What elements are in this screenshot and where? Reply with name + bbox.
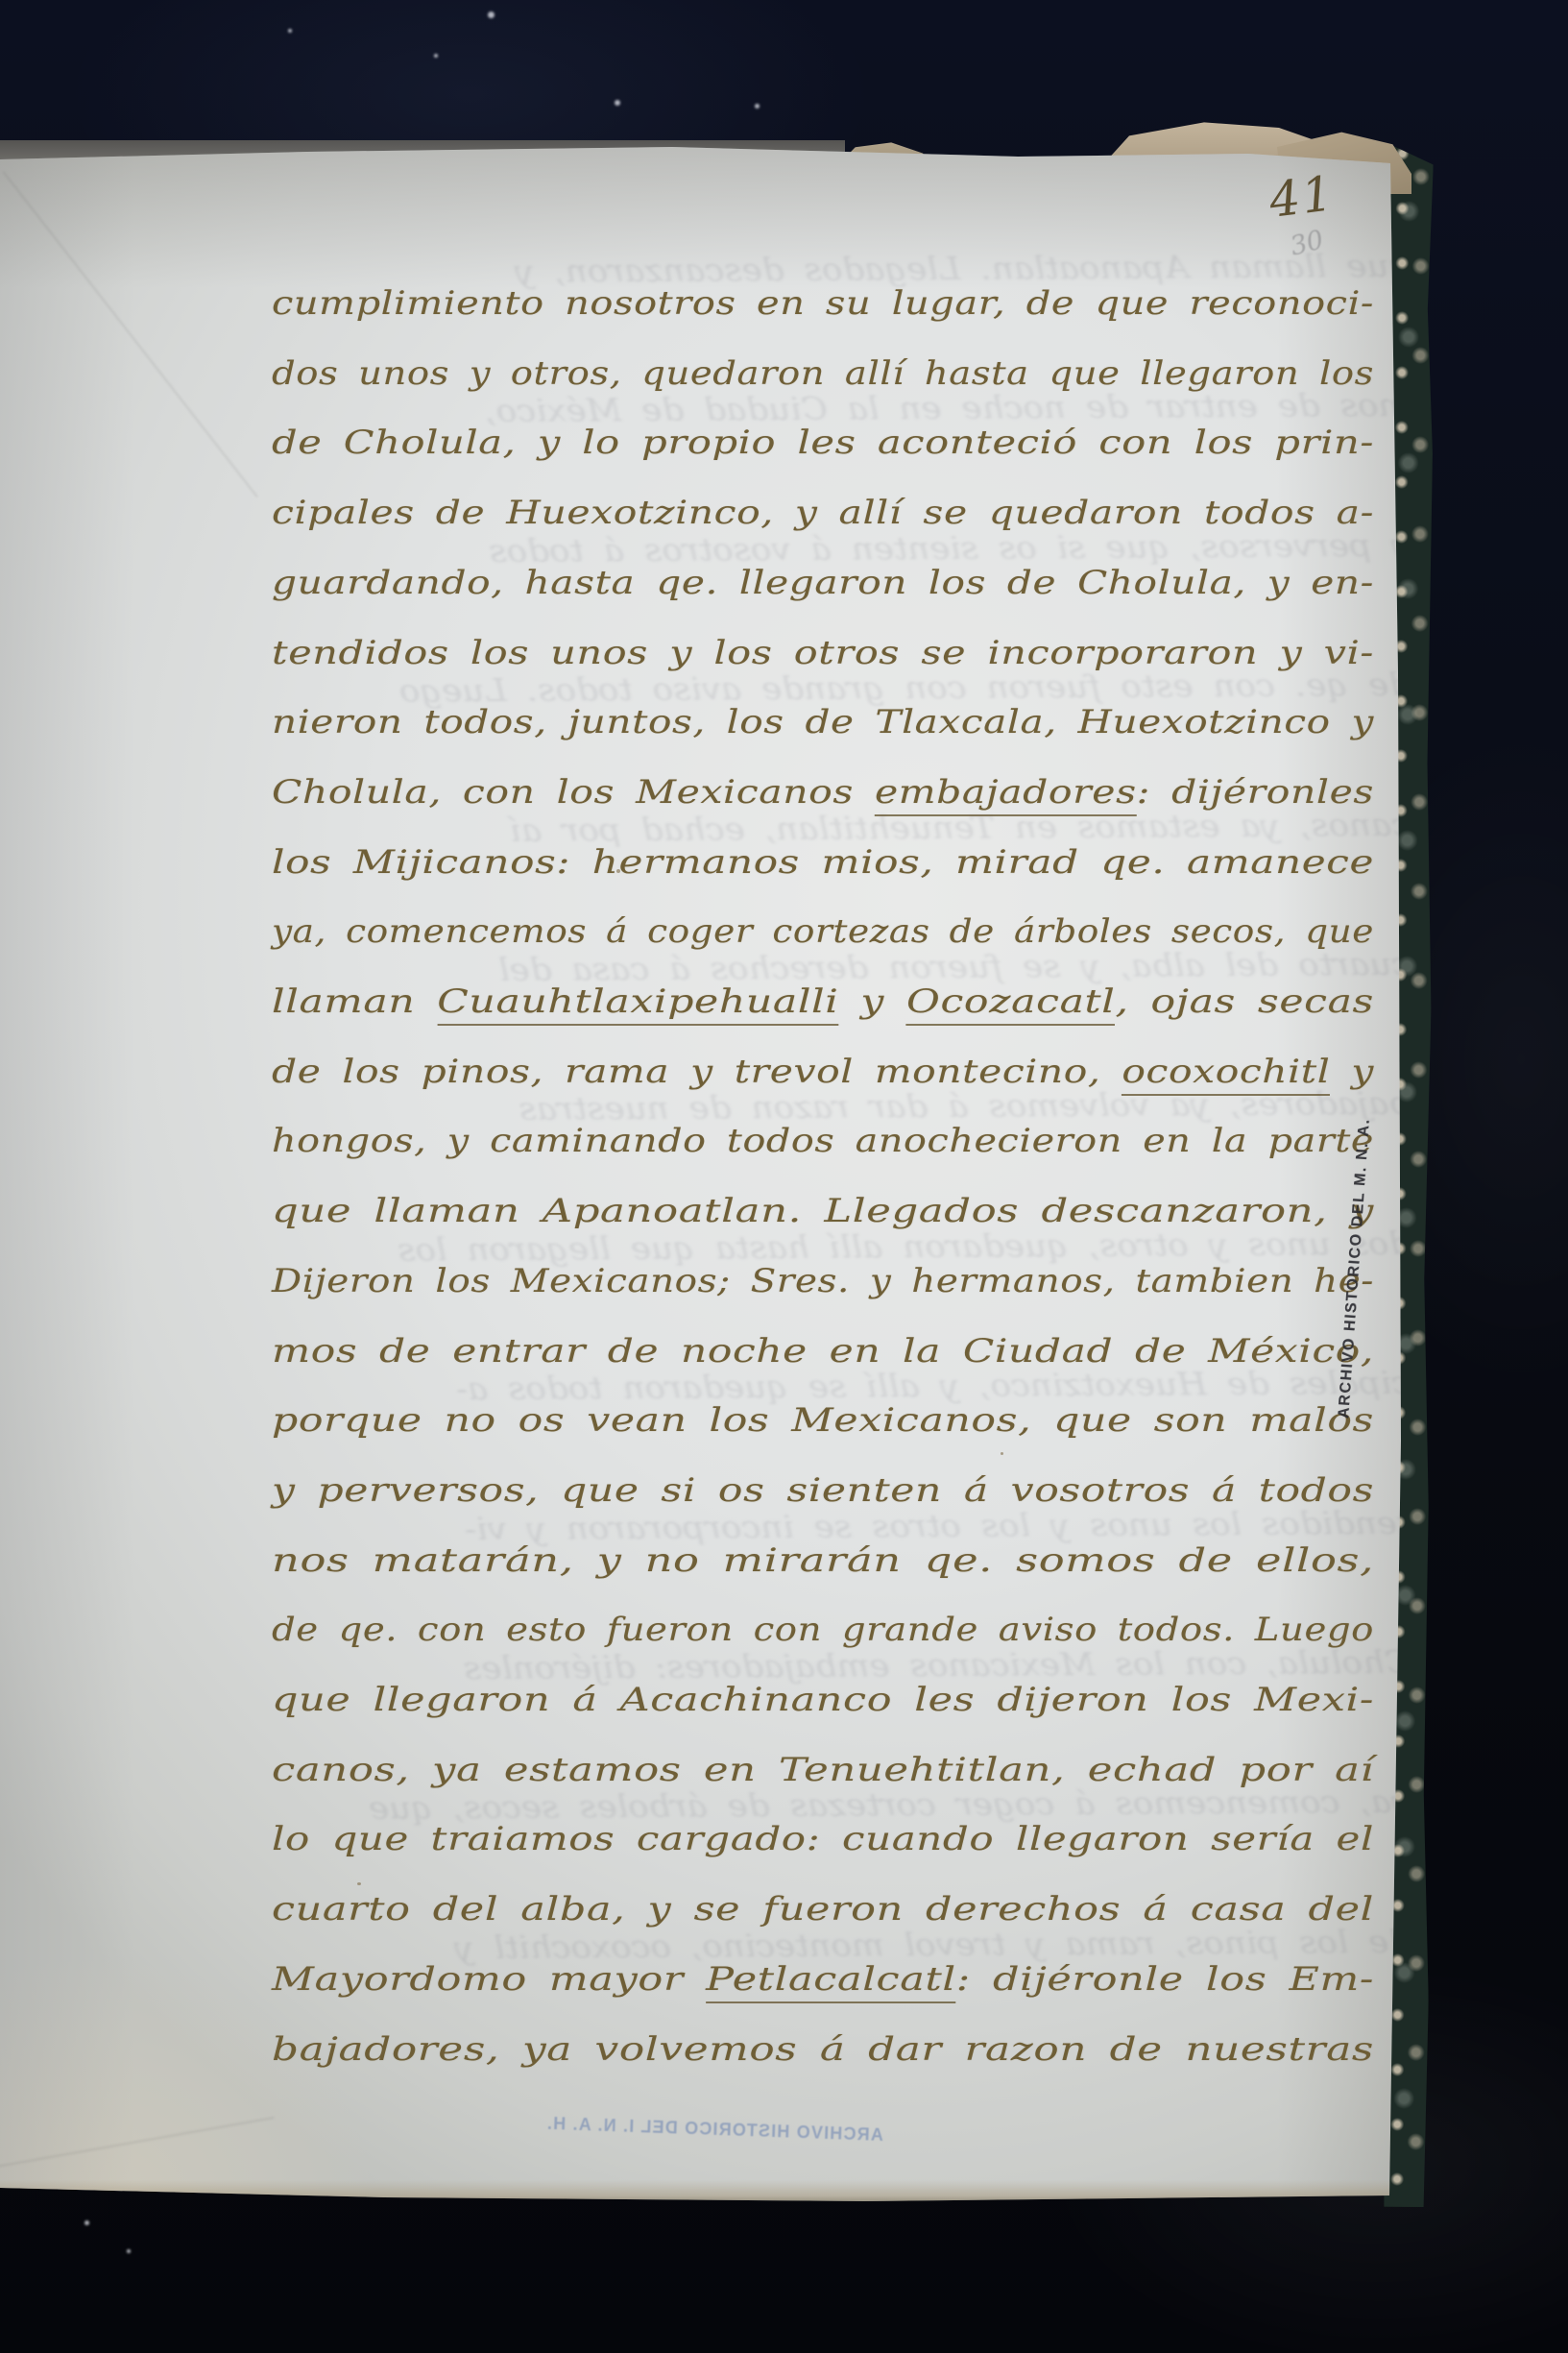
manuscript-line: lo que traiamos cargado: cuando llegaron…	[272, 1820, 1374, 1858]
manuscript-line: cipales de Huexotzinco, y allí se quedar…	[272, 494, 1374, 532]
manuscript-line: canos, ya estamos en Tenuehtitlan, echad…	[272, 1751, 1374, 1789]
manuscript-line: los Mijicanos: hermanos mios, mirad qe. …	[272, 843, 1374, 882]
manuscript-line: de Cholula, y lo propio les aconteció co…	[272, 424, 1374, 462]
manuscript-line: bajadores, ya volvemos á dar razon de nu…	[272, 2030, 1374, 2069]
manuscript-line: tendidos los unos y los otros se incorpo…	[272, 634, 1374, 672]
manuscript-line: guardando, hasta qe. llegaron los de Cho…	[272, 564, 1374, 602]
manuscript-line: porque no os vean los Mexicanos, que son…	[272, 1401, 1374, 1440]
manuscript-line: dos unos y otros, quedaron allí hasta qu…	[272, 354, 1374, 393]
manuscript-line: que llaman Apanoatlan. Llegados descanza…	[272, 1192, 1374, 1230]
page-number: 41	[1266, 165, 1338, 229]
manuscript-text: cumplimiento nosotros en su lugar, de qu…	[272, 0, 1395, 2353]
manuscript-line: mos de entrar de noche en la Ciudad de M…	[272, 1332, 1374, 1371]
manuscript-page: que llaman Apanoatlan. Llegados descanza…	[0, 0, 1568, 2353]
dust-speck	[127, 2249, 131, 2253]
dust-speck	[288, 29, 292, 33]
page-left-shading	[0, 144, 134, 2209]
manuscript-line: cuarto del alba, y se fueron derechos á …	[272, 1890, 1374, 1928]
manuscript-line: Cholula, con los Mexicanos embajadores: …	[272, 773, 1374, 812]
manuscript-line: llaman Cuauhtlaxipehualli y Ocozacatl, o…	[272, 982, 1374, 1021]
manuscript-line: que llegaron á Acachinanco les dijeron l…	[272, 1681, 1374, 1719]
dust-speck	[755, 104, 760, 109]
manuscript-line: de qe. con esto fueron con grande aviso …	[272, 1611, 1374, 1649]
manuscript-line: hongos, y caminando todos anochecieron e…	[272, 1122, 1374, 1160]
manuscript-line: de los pinos, rama y trevol montecino, o…	[272, 1053, 1374, 1091]
dust-speck	[84, 2220, 89, 2225]
manuscript-line: y perversos, que si os sienten á vosotro…	[272, 1471, 1374, 1510]
manuscript-line: Dijeron los Mexicanos; Sres. y hermanos,…	[272, 1262, 1374, 1300]
dust-speck	[488, 12, 495, 18]
manuscript-line: Mayordomo mayor Petlacalcatl: dijéronle …	[272, 1960, 1374, 1999]
manuscript-line: ya, comencemos á coger cortezas de árbol…	[272, 912, 1374, 951]
manuscript-line: nieron todos, juntos, los de Tlaxcala, H…	[272, 703, 1374, 741]
paper-speck	[1448, 1143, 1452, 1147]
manuscript-line: nos matarán, y no mirarán qe. somos de e…	[272, 1541, 1374, 1580]
manuscript-line: cumplimiento nosotros en su lugar, de qu…	[272, 284, 1374, 323]
dust-speck	[615, 100, 620, 106]
photo-of-manuscript: que llaman Apanoatlan. Llegados descanza…	[0, 0, 1568, 2353]
dust-speck	[434, 54, 438, 58]
